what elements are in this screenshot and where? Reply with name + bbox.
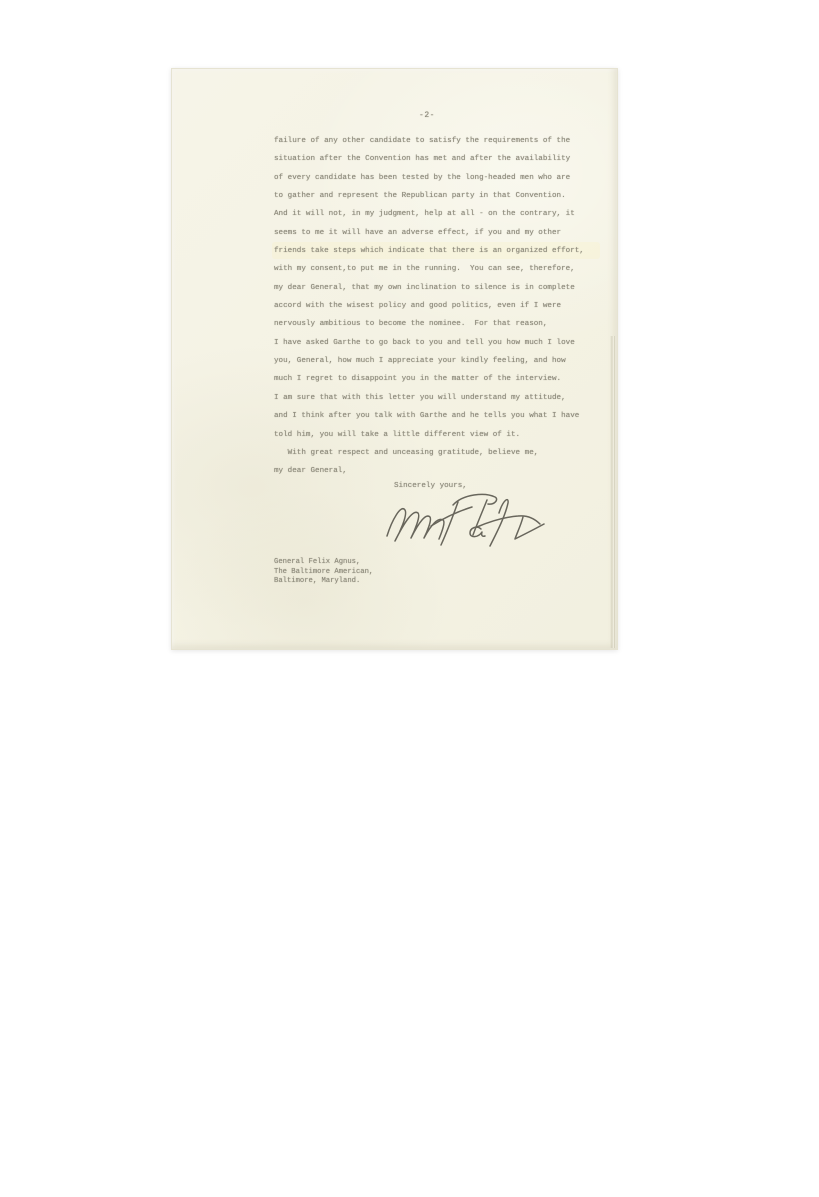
letter-line: failure of any other candidate to satisf… [274,132,604,150]
letter-line: much I regret to disappoint you in the m… [274,370,604,388]
recipient-line: Baltimore, Maryland. [274,577,373,587]
letter-line: told him, you will take a little differe… [274,426,604,444]
letter-line: accord with the wisest policy and good p… [274,297,604,315]
recipient-line: General Felix Agnus, [274,558,373,568]
scan-background: -2- failure of any other candidate to sa… [0,0,819,1197]
letter-line: my dear General, that my own inclination… [274,279,604,297]
letter-line: friends take steps which indicate that t… [274,242,604,260]
letter-line: nervously ambitious to become the nomine… [274,315,604,333]
recipient-line: The Baltimore American, [274,568,373,578]
letter-page: -2- failure of any other candidate to sa… [171,68,618,650]
letter-line: situation after the Convention has met a… [274,150,604,168]
letter-line: seems to me it will have an adverse effe… [274,224,604,242]
letter-line: I have asked Garthe to go back to you an… [274,334,604,352]
letter-line: to gather and represent the Republican p… [274,187,604,205]
stacked-sheet-edges [610,336,616,648]
page-number: -2- [274,111,580,120]
letter-line: With great respect and unceasing gratitu… [274,444,604,462]
recipient-block: General Felix Agnus, The Baltimore Ameri… [274,558,373,587]
letter-line: my dear General, [274,462,604,480]
letter-line: with my consent,to put me in the running… [274,260,604,278]
signature [382,489,550,553]
letter-line: and I think after you talk with Garthe a… [274,407,604,425]
letter-line: And it will not, in my judgment, help at… [274,205,604,223]
letter-line: you, General, how much I appreciate your… [274,352,604,370]
letter-line: of every candidate has been tested by th… [274,169,604,187]
letter-line: I am sure that with this letter you will… [274,389,604,407]
letter-body: failure of any other candidate to satisf… [274,132,604,481]
